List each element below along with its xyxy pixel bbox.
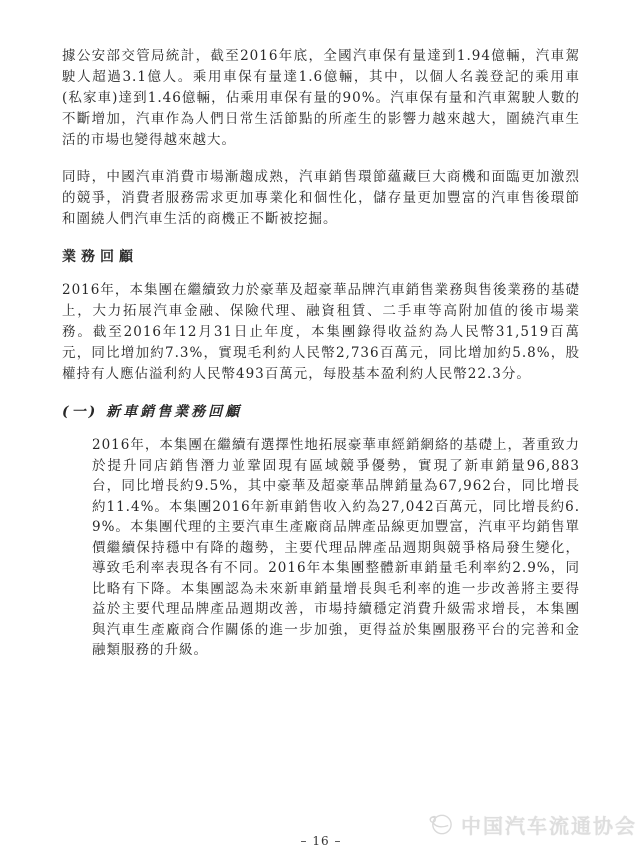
page-number: – 16 – (301, 834, 342, 848)
paragraph-market-maturity: 同時，中國汽車消費市場漸趨成熟，汽車銷售環節蘊藏巨大商機和面臨更加激烈的競爭，消… (62, 167, 580, 230)
paragraph-group-results: 2016年，本集團在繼續致力於豪華及超豪華品牌汽車銷售業務與售後業務的基礎上，大… (62, 280, 580, 385)
watermark-text: 中国汽车流通协会 (461, 810, 637, 839)
document-page: 據公安部交管局統計，截至2016年底，全國汽車保有量達到1.94億輛，汽車駕駛人… (0, 0, 640, 853)
section-heading-business-review: 業務回顧 (62, 246, 580, 266)
document-content: 據公安部交管局統計，截至2016年底，全國汽車保有量達到1.94億輛，汽車駕駛人… (62, 46, 580, 677)
paragraph-car-ownership-stats: 據公安部交管局統計，截至2016年底，全國汽車保有量達到1.94億輛，汽車駕駛人… (62, 46, 580, 151)
subsection-heading-new-car-sales: (一) 新車銷售業務回顧 (62, 401, 580, 421)
cada-logo-icon (427, 811, 454, 838)
paragraph-new-car-sales-review: 2016年，本集團在繼續有選擇性地拓展豪華車經銷網絡的基礎上，著重致力於提升同店… (92, 435, 580, 661)
watermark: 中国汽车流通协会 (427, 810, 637, 839)
